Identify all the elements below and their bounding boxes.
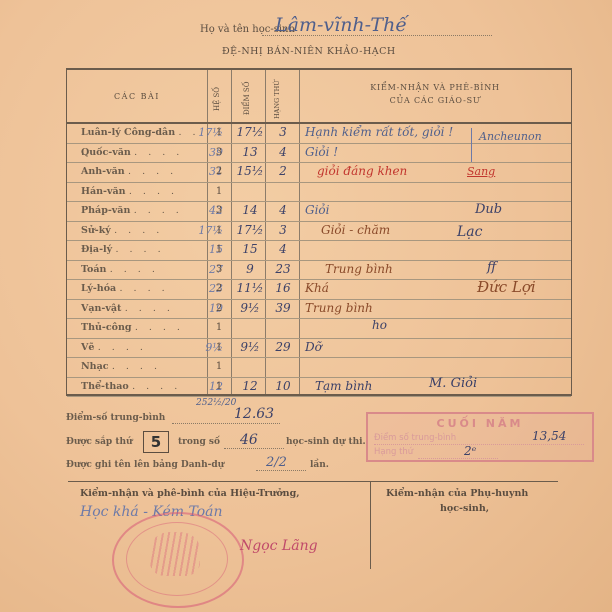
table-row: Sử-ký . . . .17½117½3Giỏi - chăm [67, 221, 571, 241]
teacher-comment: giỏi đáng khen [317, 162, 407, 182]
rank: 29 [267, 338, 299, 358]
teacher-signature-su-ky: Lạc [457, 224, 482, 240]
honor-suffix: lần. [310, 460, 329, 470]
total-note: 252½/20 [196, 398, 236, 408]
column-header-score: ĐIỂM SỐ [243, 76, 251, 120]
honor-value: 2/2 [266, 455, 287, 470]
rank: 16 [267, 279, 299, 299]
out-of-label: trong số [178, 437, 220, 447]
teacher-signature: Sang [467, 162, 495, 182]
honor-line [256, 470, 306, 471]
table-row: Nhạc . . . .1 [67, 357, 571, 377]
coefficient: 3 [209, 143, 229, 163]
column-header-coefficient: HỆ SỐ [213, 80, 221, 118]
row-divider [67, 396, 571, 397]
grades-table: CÁC BÀI HỆ SỐ ĐIỂM SỐ HẠNG THỨ KIỂM-NHẬN… [66, 68, 572, 396]
column-header-subjects: CÁC BÀI [67, 92, 207, 101]
final-rank-value: 2ᵉ [464, 444, 476, 458]
comments-header-line2: CỦA CÁC GIÁO-SƯ [299, 96, 571, 105]
score [233, 318, 267, 338]
teacher-signature-toan: ff [487, 260, 496, 275]
rank: 4 [267, 143, 299, 163]
score [233, 357, 267, 377]
rank: 3 [267, 123, 299, 143]
teacher-comment: Giỏi ! [305, 143, 338, 163]
rank-value-box: 5 [143, 431, 169, 453]
rank [267, 357, 299, 377]
teacher-comment: Dỡ [305, 338, 322, 358]
teacher-signature-phap-van: Dub [475, 202, 502, 217]
footer-column-divider [370, 481, 371, 569]
final-average-label: Điểm số trung-bình [374, 433, 456, 443]
honor-label: Được ghi tên lên bảng Danh-dự [66, 460, 224, 470]
rank: 4 [267, 240, 299, 260]
coefficient: 1 [209, 377, 229, 397]
score: 13 [233, 143, 267, 163]
rank: 2 [267, 162, 299, 182]
score: 9 [233, 260, 267, 280]
coefficient: 1 [209, 318, 229, 338]
principal-label: Kiểm-nhận và phê-bình của Hiệu-Trưởng, [80, 488, 300, 499]
rank [267, 182, 299, 202]
rank: 10 [267, 377, 299, 397]
coefficient: 3 [209, 260, 229, 280]
average-label: Điểm-số trung-bình [66, 413, 165, 423]
final-rank-label: Hạng thứ [374, 447, 413, 457]
teacher-comment: Khá [305, 279, 329, 299]
score: 9½ [233, 338, 267, 358]
average-line [172, 423, 280, 424]
coefficient: 1 [209, 221, 229, 241]
rank: 39 [267, 299, 299, 319]
student-name-value: Lâm-vĩnh-Thế [275, 14, 407, 36]
column-header-comments: KIỂM-NHẬN VÀ PHÊ-BÌNH CỦA CÁC GIÁO-SƯ [299, 83, 571, 105]
parent-label-line2: học-sinh, [440, 503, 489, 514]
teacher-comment: Tạm bình [315, 377, 372, 397]
students-label: học-sinh dự thi. [286, 437, 366, 447]
rank: 23 [267, 260, 299, 280]
table-row: Quốc-văn . . . .393134Giỏi ! [67, 143, 571, 163]
final-average-value: 13,54 [532, 429, 566, 443]
parent-label-line1: Kiểm-nhận của Phụ-huynh [386, 488, 528, 499]
teacher-signature-quoc-van: Ancheunon [479, 130, 542, 143]
out-of-line [224, 448, 284, 449]
score: 12 [233, 377, 267, 397]
principal-signature: Ngọc Lãng [240, 538, 318, 554]
teacher-signature-the-thao: M. Giỏi [429, 376, 477, 391]
teacher-signature-ve: ho [372, 318, 387, 332]
seal-emblem-icon [150, 532, 200, 576]
teacher-signature-ly-hoa: Đức Lợi [477, 278, 536, 296]
footer-divider [68, 481, 558, 482]
out-of-value: 46 [240, 432, 258, 448]
average-value: 12.63 [234, 406, 274, 422]
teacher-comment: Giỏi - chăm [321, 221, 390, 241]
coefficient: 1 [209, 182, 229, 202]
score [233, 182, 267, 202]
coefficient: 1 [209, 123, 229, 143]
table-row: Anh-văn . . . .31215½2giỏi đáng khenSang [67, 162, 571, 182]
score: 17½ [233, 221, 267, 241]
rank-label: Được sắp thứ [66, 437, 133, 447]
score: 9½ [233, 299, 267, 319]
final-year-stamp: CUỐI NĂM Điểm số trung-bình 13,54 Hạng t… [366, 412, 594, 462]
rank: 4 [267, 201, 299, 221]
final-rank-line [418, 458, 498, 459]
table-row: Vẽ . . . .9½19½29Dỡ [67, 338, 571, 358]
coefficient: 1 [209, 338, 229, 358]
teacher-comment: Trung bình [325, 260, 393, 280]
teacher-comment: Trung bình [305, 299, 373, 319]
teacher-signature-divider [471, 128, 472, 162]
table-row: Địa-lý . . . .151154 [67, 240, 571, 260]
coefficient: 2 [209, 162, 229, 182]
table-row: Hán-văn . . . .1 [67, 182, 571, 202]
final-average-line [374, 444, 584, 445]
table-row: Thủ-công . . . .1 [67, 318, 571, 338]
column-header-rank: HẠNG THỨ [273, 80, 281, 120]
score: 15½ [233, 162, 267, 182]
rank: 3 [267, 221, 299, 241]
coefficient: 2 [209, 299, 229, 319]
rank [267, 318, 299, 338]
score: 14 [233, 201, 267, 221]
exam-title: ĐỆ-NHỊ BÁN-NIÊN KHẢO-HẠCH [222, 46, 396, 57]
teacher-comment: Giỏi [305, 201, 330, 221]
comments-header-line1: KIỂM-NHẬN VÀ PHÊ-BÌNH [299, 83, 571, 92]
coefficient: 2 [209, 279, 229, 299]
score: 15 [233, 240, 267, 260]
table-row: Vạn-vật . . . .1929½39Trung bình [67, 299, 571, 319]
table-row: Thể-thao . . . .1211210Tạm bình [67, 377, 571, 397]
coefficient: 3 [209, 201, 229, 221]
teacher-comment: Hạnh kiểm rất tốt, giỏi ! [305, 123, 453, 143]
coefficient: 1 [209, 357, 229, 377]
coefficient: 1 [209, 240, 229, 260]
score: 11½ [233, 279, 267, 299]
score: 17½ [233, 123, 267, 143]
